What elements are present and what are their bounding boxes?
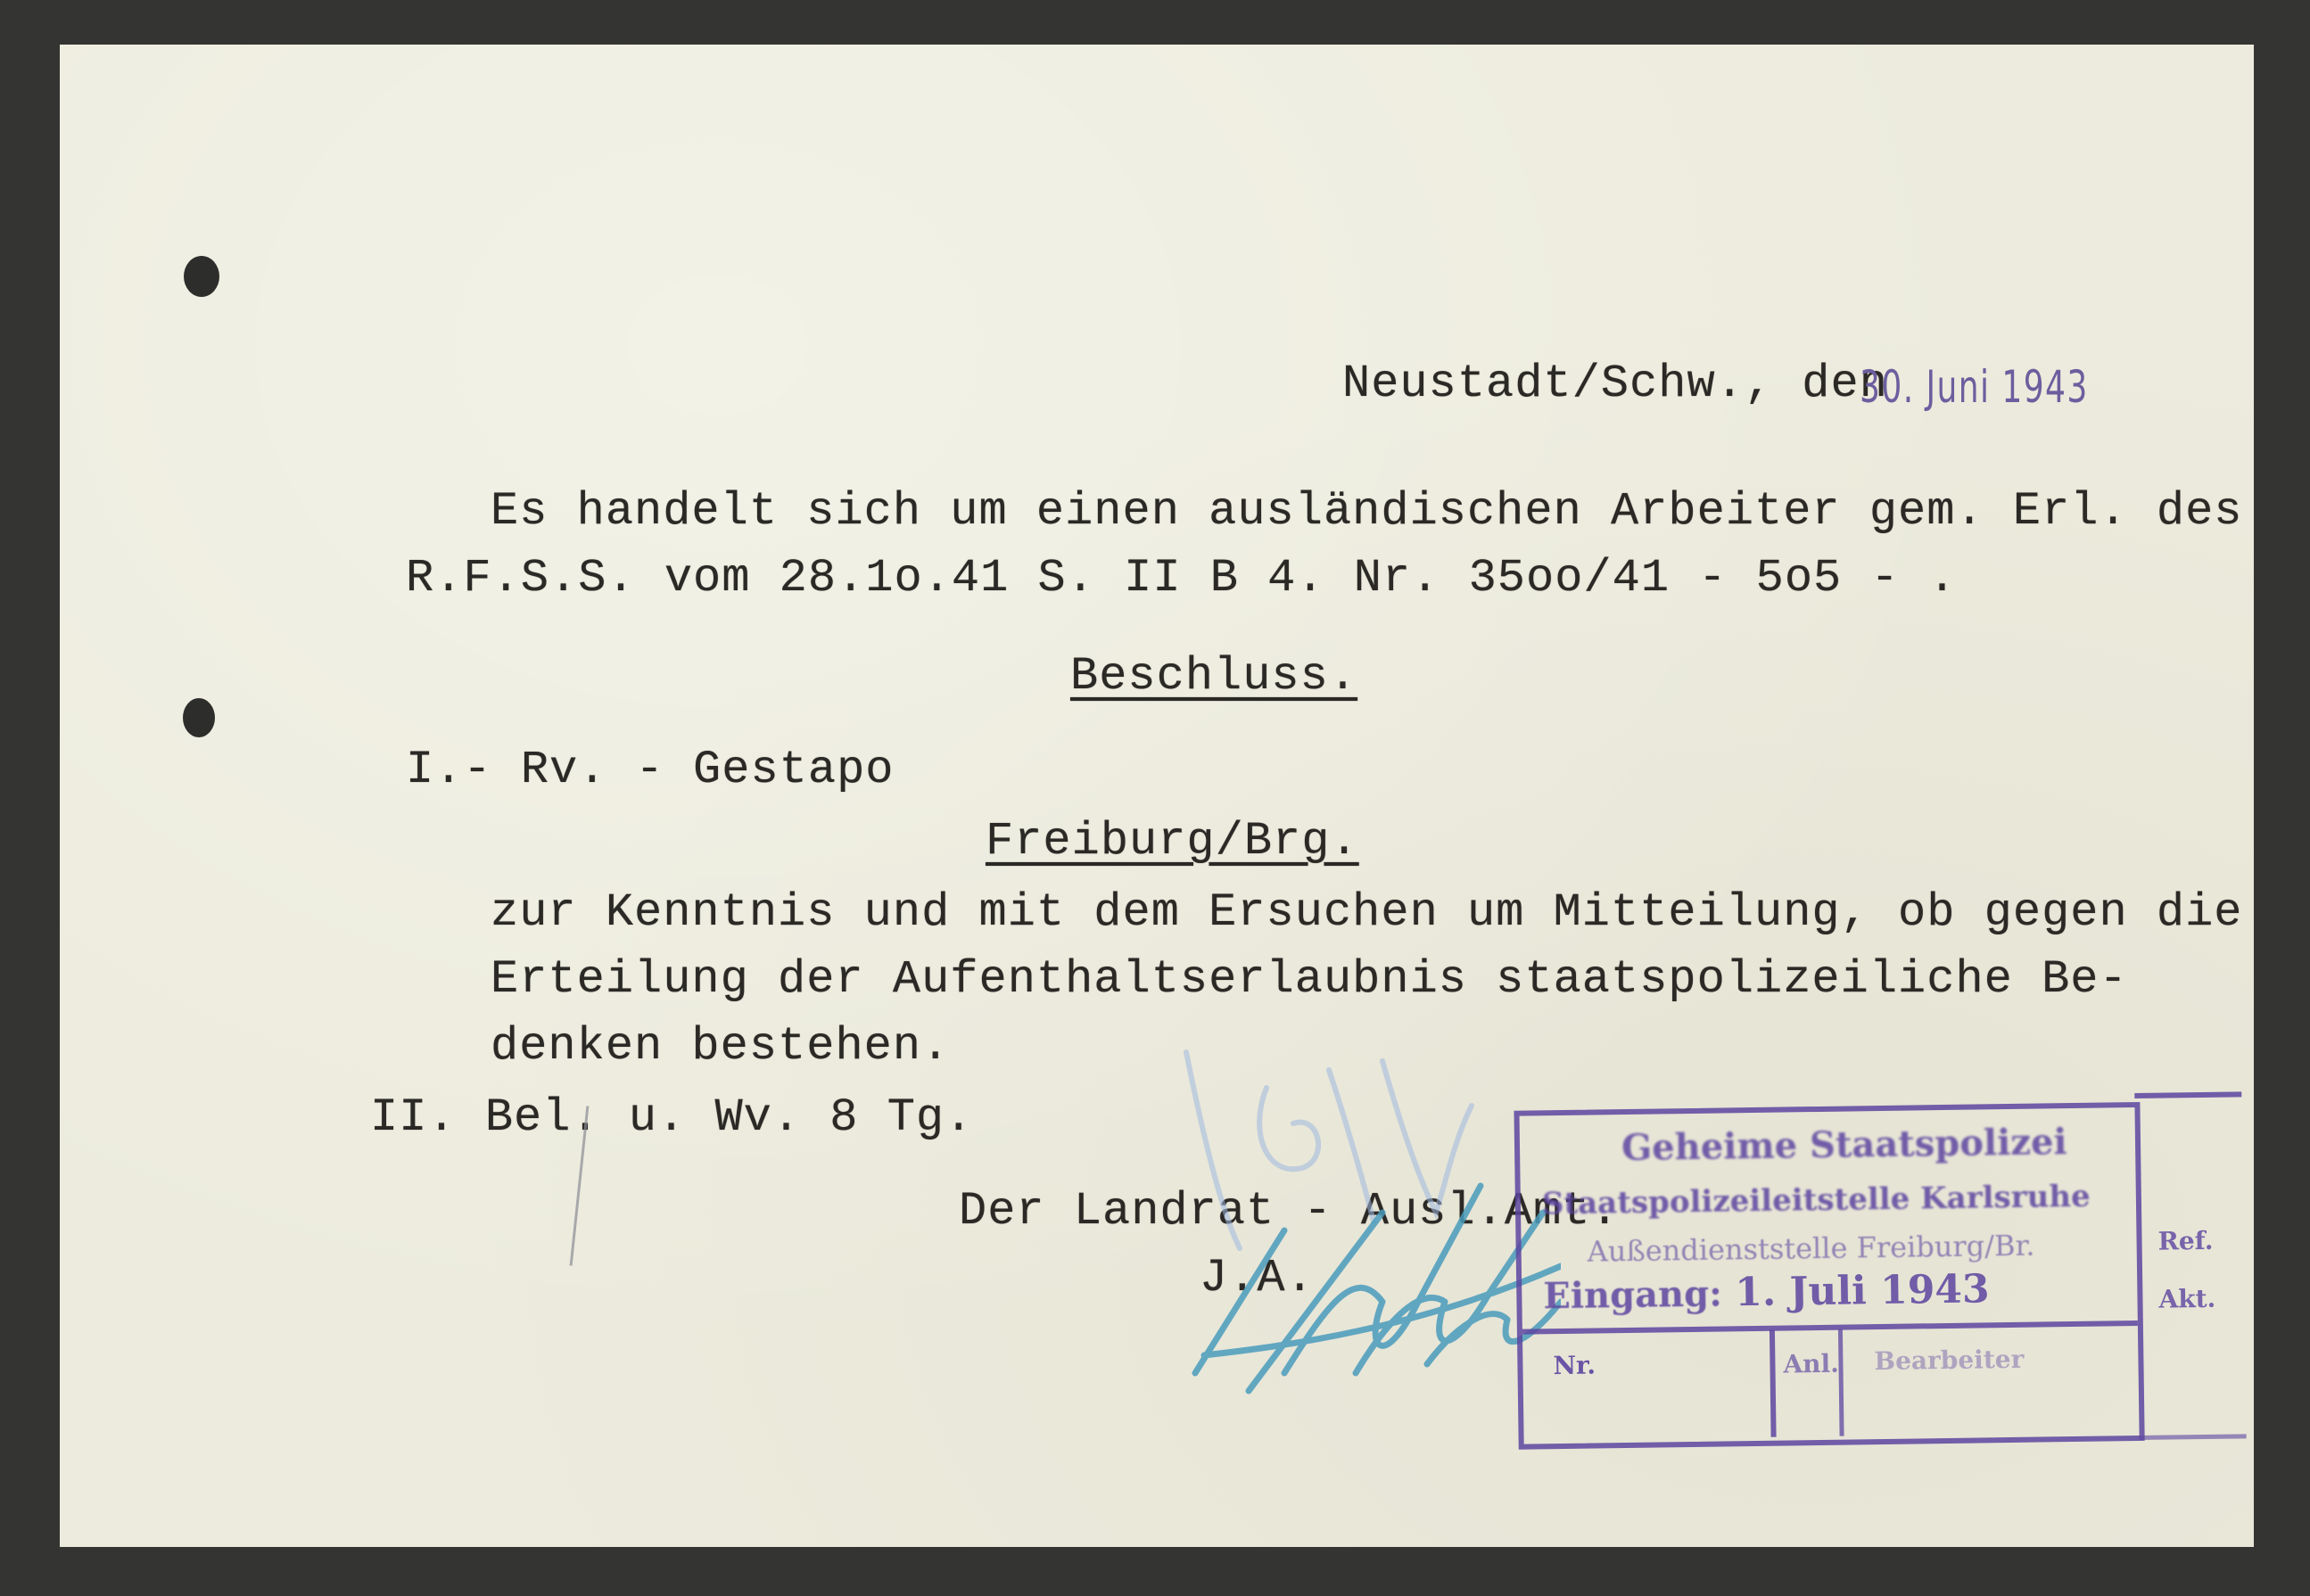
stamp-cell-bearbeiter: Bearbeiter: [1874, 1345, 2024, 1376]
body-line-1: Es handelt sich um einen ausländischen A…: [491, 489, 2243, 535]
punch-hole-top: [184, 256, 219, 297]
item-1-destination: Freiburg/Brg.: [986, 819, 1359, 865]
stamp-side-column: [2134, 1091, 2246, 1440]
decision-heading: Beschluss.: [1070, 654, 1357, 700]
stamp-received-label: Eingang:: [1543, 1273, 1722, 1318]
item-1-label: I.- Rv. - Gestapo: [406, 747, 895, 794]
place-date-typed: Neustadt/Schw., den: [1342, 361, 1888, 407]
date-stamp: 30. Juni 1943: [1860, 361, 2089, 413]
stamp-line-2: Staatspolizeileitstelle Karlsruhe: [1542, 1179, 2091, 1222]
item-1-text-line-1: zur Kenntnis und mit dem Ersuchen um Mit…: [491, 890, 2243, 936]
stamp-cell-nr: Nr.: [1553, 1350, 1596, 1380]
stamp-cell-anl: Anl.: [1783, 1349, 1839, 1379]
body-line-2: R.F.S.S. vom 28.1o.41 S. II B 4. Nr. 35o…: [406, 555, 1957, 602]
stamp-line-3: Außendienststelle Freiburg/Br.: [1587, 1229, 2034, 1269]
stamp-side-akt: Akt.: [2158, 1284, 2215, 1314]
punch-hole-bottom: [183, 698, 215, 737]
item-1-text-line-3: denken bestehen.: [491, 1024, 950, 1070]
stamp-received-date: 1. Juli 1943: [1735, 1266, 1990, 1315]
stamp-line-1: Geheime Staatspolizei: [1621, 1121, 2067, 1169]
item-2: II. Bel. u. Wv. 8 Tg.: [370, 1095, 973, 1141]
stamp-side-ref: Ref.: [2157, 1226, 2213, 1256]
receipt-stamp: Geheime Staatspolizei Staatspolizeileits…: [1514, 1091, 2249, 1449]
handwritten-signature: [1151, 1034, 1561, 1409]
item-1-text-line-2: Erteilung der Aufenthaltserlaubnis staat…: [491, 957, 2128, 1003]
